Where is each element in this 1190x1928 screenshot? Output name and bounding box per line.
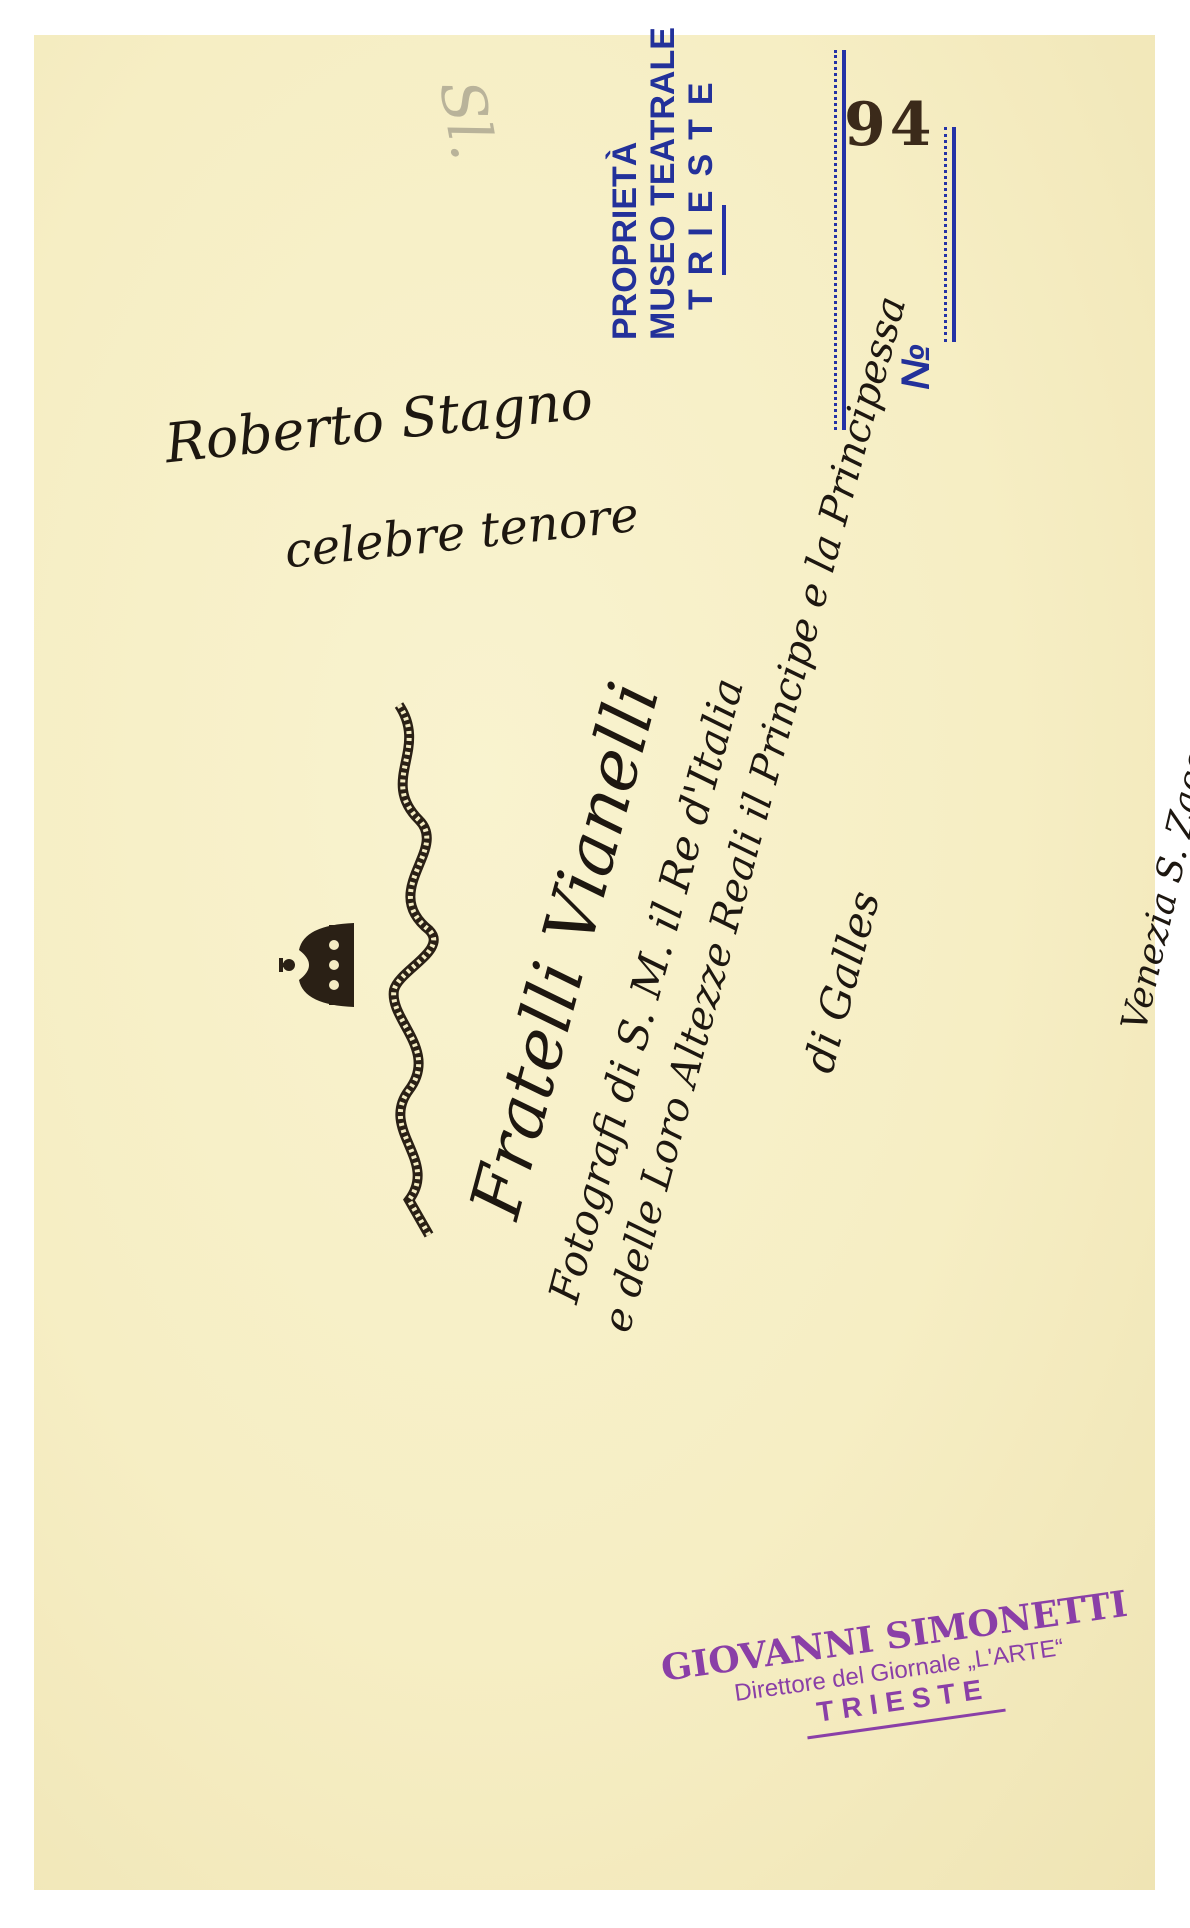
owner-stamp: GIOVANNI SIMONETTI Direttore del Giornal…: [659, 1583, 1140, 1758]
museum-stamp: PROPRIETÀ MUSEO TEATRALE TRIESTE: [606, 27, 720, 340]
photographer-line3: di Galles: [794, 886, 889, 1078]
museum-stamp-line1: PROPRIETÀ: [606, 27, 644, 340]
museum-stamp-line3: TRIESTE: [682, 27, 720, 340]
catalog-number: 94: [844, 90, 936, 160]
stamp-underline: [722, 205, 726, 275]
number-dots-right: [944, 127, 947, 342]
number-field-line: [842, 50, 846, 430]
studio-address: Venezia S. Zaccaria Campo S. Provolo N. …: [1114, 200, 1190, 1035]
pencil-mark: Sl.: [425, 75, 508, 165]
handwritten-name: Roberto Stagno: [162, 368, 596, 476]
handwritten-title: celebre tenore: [282, 487, 641, 580]
crown-ribbon-icon: [279, 690, 479, 1250]
number-line-right: [952, 127, 956, 342]
number-field-dots: [834, 50, 837, 430]
photo-card-back: Sl. PROPRIETÀ MUSEO TEATRALE TRIESTE 94 …: [34, 35, 1155, 1890]
museum-stamp-line2: MUSEO TEATRALE: [644, 27, 682, 340]
